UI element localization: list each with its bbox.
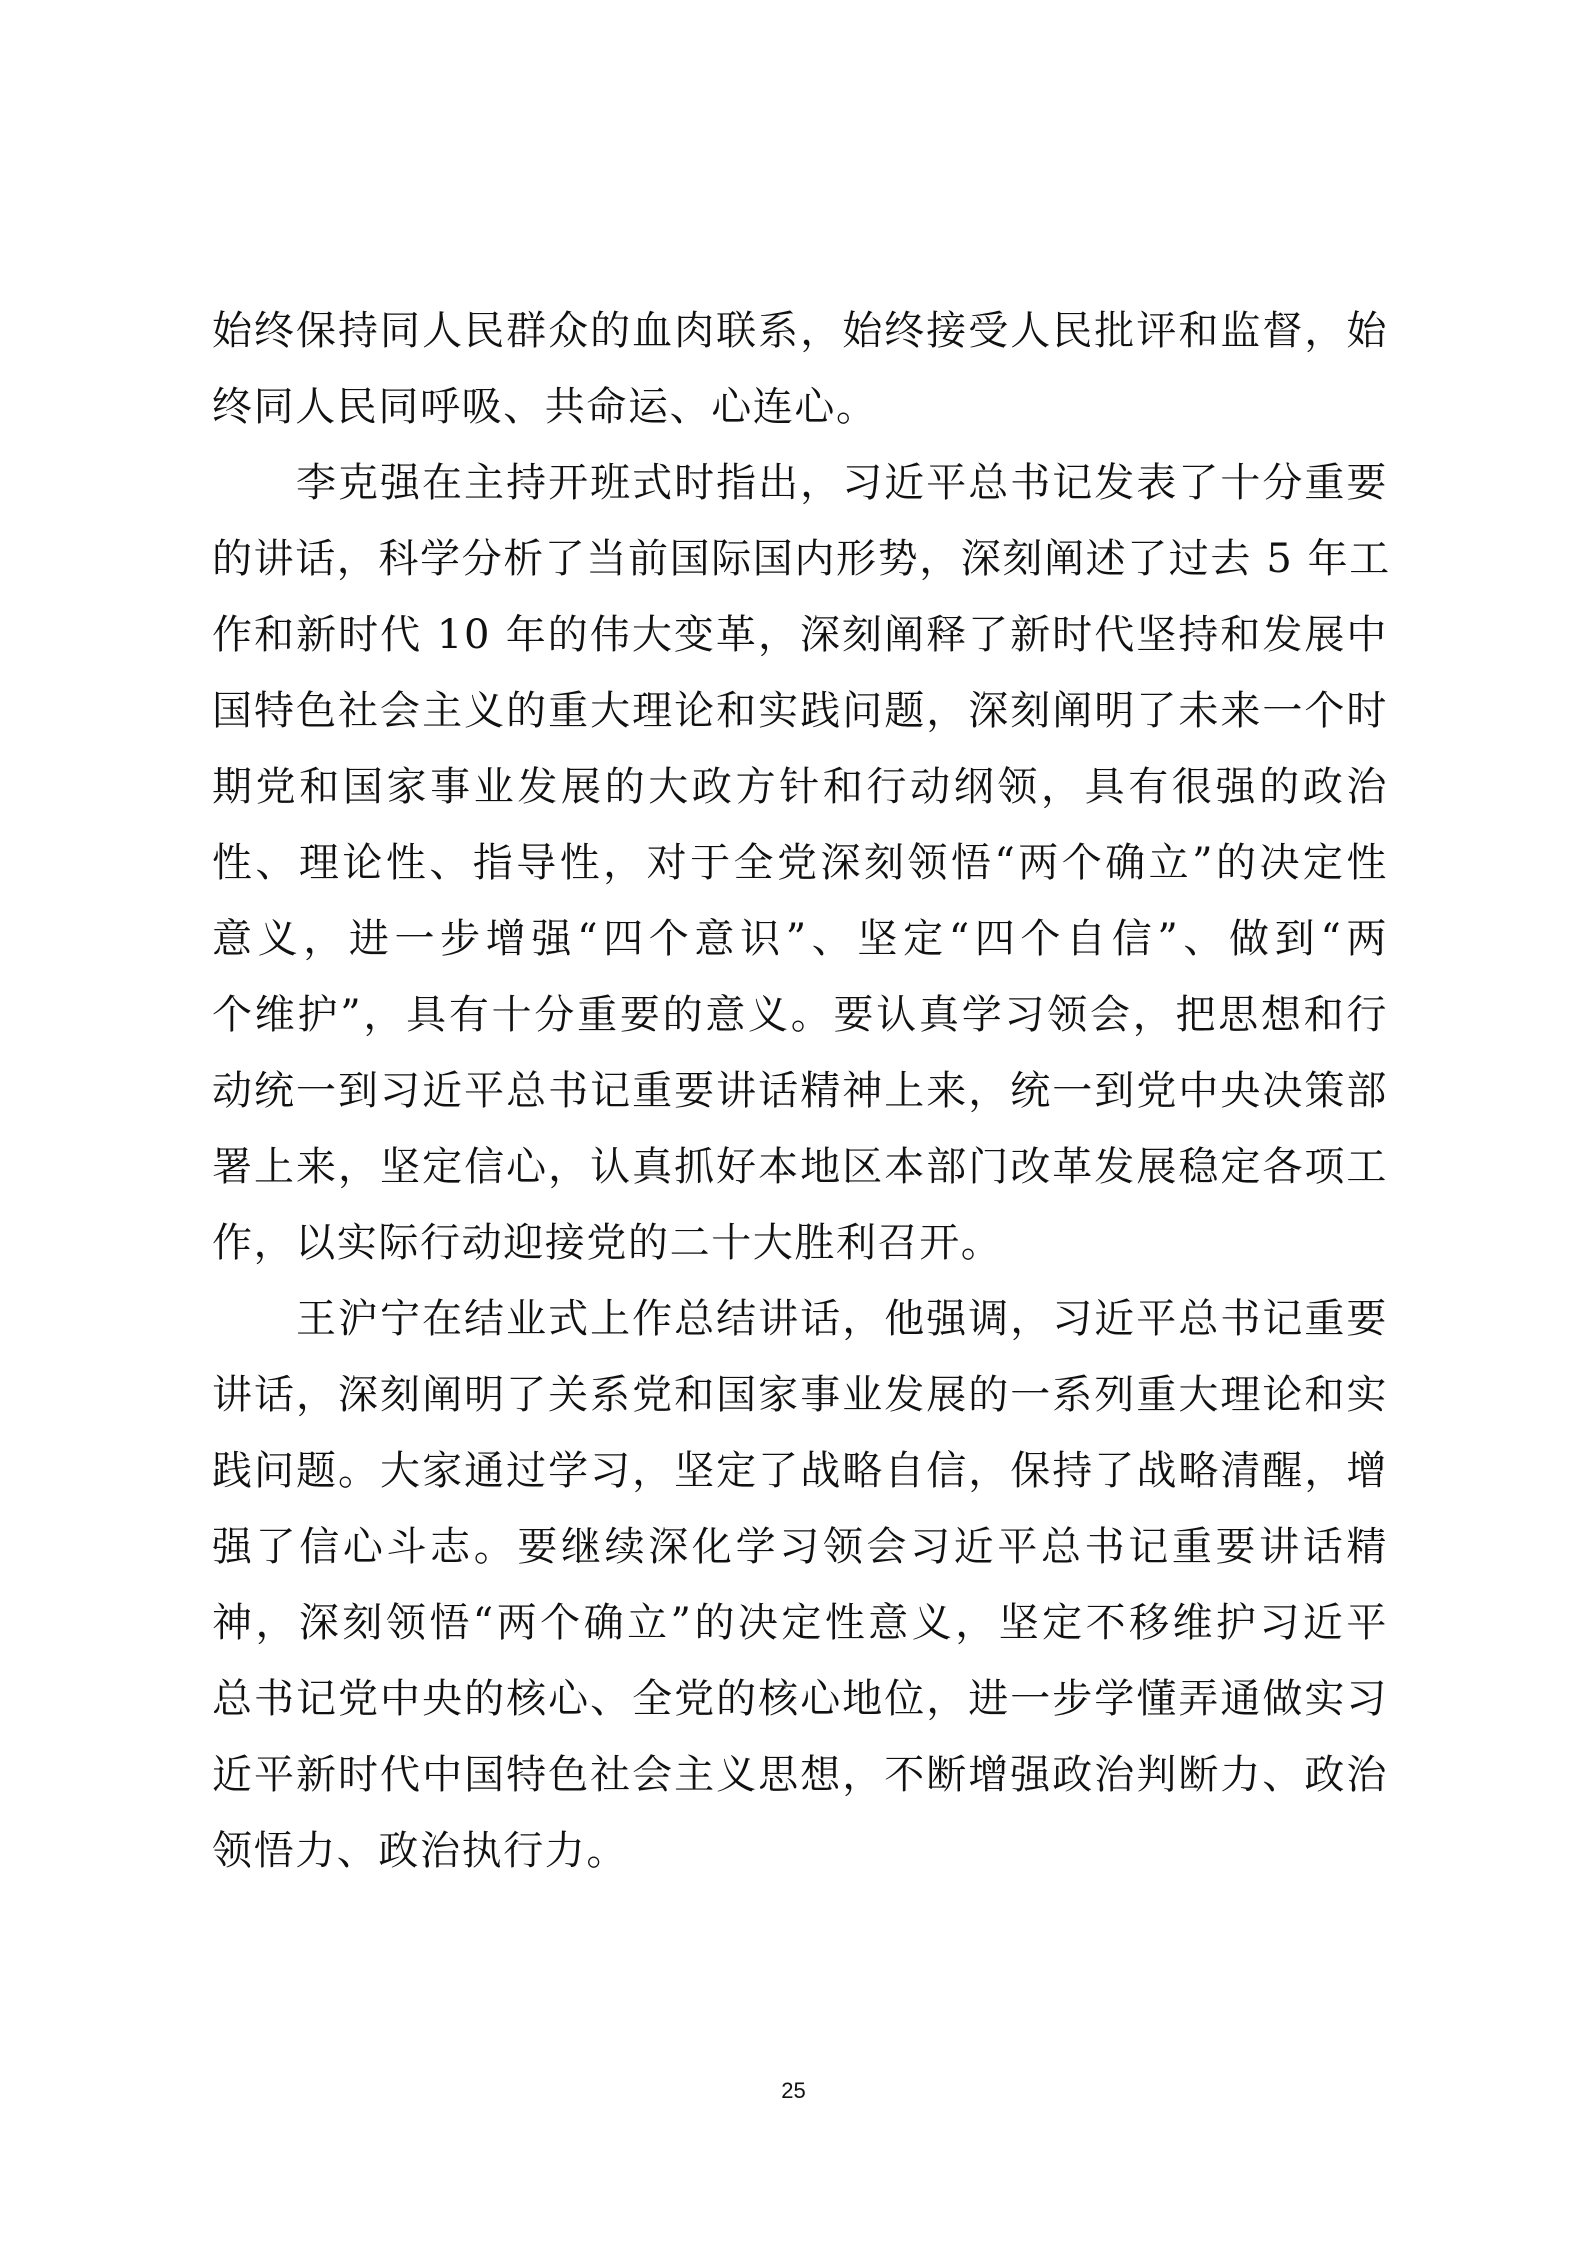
text-line: 意义，进一步增强“四个意识”、坚定“四个自信”、做到“两 — [212, 901, 1388, 977]
document-page: 始终保持同人民群众的血肉联系，始终接受人民批评和监督，始 终同人民同呼吸、共命运… — [0, 0, 1587, 2245]
text-line: 领悟力、政治执行力。 — [212, 1813, 1388, 1889]
paragraph-2: 李克强在主持开班式时指出，习近平总书记发表了十分重要 的讲话，科学分析了当前国际… — [212, 445, 1388, 1281]
text-line: 始终保持同人民群众的血肉联系，始终接受人民批评和监督，始 — [212, 293, 1388, 369]
page-number: 25 — [0, 2078, 1587, 2104]
text-line: 作，以实际行动迎接党的二十大胜利召开。 — [212, 1205, 1388, 1281]
text-line: 践问题。大家通过学习，坚定了战略自信，保持了战略清醒，增 — [212, 1433, 1388, 1509]
text-line: 国特色社会主义的重大理论和实践问题，深刻阐明了未来一个时 — [212, 673, 1388, 749]
text-line: 终同人民同呼吸、共命运、心连心。 — [212, 369, 1388, 445]
text-line: 个维护”，具有十分重要的意义。要认真学习领会，把思想和行 — [212, 977, 1388, 1053]
text-line: 王沪宁在结业式上作总结讲话，他强调，习近平总书记重要 — [212, 1281, 1388, 1357]
text-line: 近平新时代中国特色社会主义思想，不断增强政治判断力、政治 — [212, 1737, 1388, 1813]
paragraph-1: 始终保持同人民群众的血肉联系，始终接受人民批评和监督，始 终同人民同呼吸、共命运… — [212, 293, 1388, 445]
text-line: 署上来，坚定信心，认真抓好本地区本部门改革发展稳定各项工 — [212, 1129, 1388, 1205]
text-line: 性、理论性、指导性，对于全党深刻领悟“两个确立”的决定性 — [212, 825, 1388, 901]
text-line: 李克强在主持开班式时指出，习近平总书记发表了十分重要 — [212, 445, 1388, 521]
text-line: 神，深刻领悟“两个确立”的决定性意义，坚定不移维护习近平 — [212, 1585, 1388, 1661]
text-line: 动统一到习近平总书记重要讲话精神上来，统一到党中央决策部 — [212, 1053, 1388, 1129]
body-text: 始终保持同人民群众的血肉联系，始终接受人民批评和监督，始 终同人民同呼吸、共命运… — [212, 293, 1388, 1889]
text-line: 强了信心斗志。要继续深化学习领会习近平总书记重要讲话精 — [212, 1509, 1388, 1585]
text-line: 总书记党中央的核心、全党的核心地位，进一步学懂弄通做实习 — [212, 1661, 1388, 1737]
text-line: 讲话，深刻阐明了关系党和国家事业发展的一系列重大理论和实 — [212, 1357, 1388, 1433]
paragraph-3: 王沪宁在结业式上作总结讲话，他强调，习近平总书记重要 讲话，深刻阐明了关系党和国… — [212, 1281, 1388, 1889]
text-line: 期党和国家事业发展的大政方针和行动纲领，具有很强的政治 — [212, 749, 1388, 825]
text-line: 作和新时代 10 年的伟大变革，深刻阐释了新时代坚持和发展中 — [212, 597, 1388, 673]
text-line: 的讲话，科学分析了当前国际国内形势，深刻阐述了过去 5 年工 — [212, 521, 1388, 597]
